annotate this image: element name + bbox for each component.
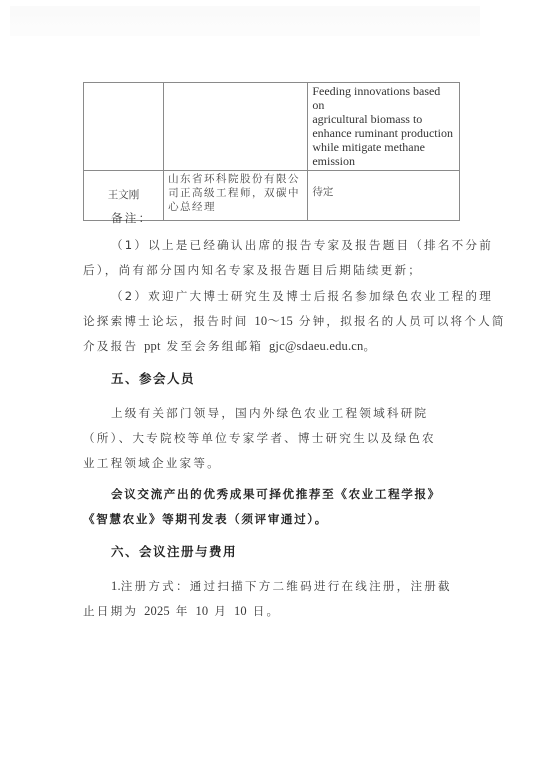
text: 介及报告 bbox=[83, 339, 144, 353]
topic-line: while mitigate methane bbox=[312, 140, 455, 154]
report-time: 10～15 bbox=[254, 314, 293, 328]
deadline-year: 2025 bbox=[144, 604, 170, 618]
section-5-para-line-2: （所）、大专院校等单位专家学者、博士研究生以及绿色农 bbox=[83, 426, 460, 451]
scan-bleed-through bbox=[10, 6, 480, 36]
org-line: 司正高级工程师，双碳中 bbox=[168, 186, 303, 200]
item-number: 1. bbox=[111, 579, 121, 593]
note-1-line-1: （1）以上是已经确认出席的报告专家及报告题目（排名不分前 bbox=[83, 233, 488, 258]
text: 分钟，拟报名的人员可以将个人简 bbox=[293, 314, 506, 328]
note-2-line-2: 论探索博士论坛，报告时间 10～15 分钟，拟报名的人员可以将个人简 bbox=[83, 309, 460, 334]
email-link[interactable]: gjc@sdaeu.edu.cn bbox=[269, 339, 364, 353]
section-6-item-1-line-2: 止日期为 2025 年 10 月 10 日。 bbox=[83, 599, 460, 624]
text: 月 bbox=[208, 604, 234, 618]
note-2-line-1: （2）欢迎广大博士研究生及博士后报名参加绿色农业工程的理 bbox=[83, 284, 488, 309]
section-6-heading: 六、会议注册与费用 bbox=[83, 540, 488, 565]
topic-line: agricultural biomass to bbox=[312, 112, 455, 126]
speaker-name-cell bbox=[84, 83, 164, 171]
ppt-text: ppt bbox=[144, 339, 161, 353]
text: 论探索博士论坛，报告时间 bbox=[83, 314, 254, 328]
notes-label: 备注： bbox=[83, 206, 488, 231]
text: 止日期为 bbox=[83, 604, 144, 618]
text: 年 bbox=[170, 604, 196, 618]
speaker-topic-cell: Feeding innovations based on agricultura… bbox=[308, 83, 460, 171]
text: 日。 bbox=[247, 604, 280, 618]
section-5-para-line-1: 上级有关部门领导，国内外绿色农业工程领域科研院 bbox=[83, 401, 488, 426]
document-page: Feeding innovations based on agricultura… bbox=[0, 0, 542, 768]
note-1-line-2: 后），尚有部分国内知名专家及报告题目后期陆续更新； bbox=[83, 258, 460, 283]
section-5-heading: 五、参会人员 bbox=[83, 367, 488, 392]
text: 发至会务组邮箱 bbox=[161, 339, 269, 353]
speakers-table: Feeding innovations based on agricultura… bbox=[83, 82, 460, 221]
note-2-line-3: 介及报告 ppt 发至会务组邮箱 gjc@sdaeu.edu.cn。 bbox=[83, 334, 460, 359]
org-line: 山东省环科院股份有限公 bbox=[168, 172, 303, 186]
text: 注册方式：通过扫描下方二维码进行在线注册，注册截 bbox=[121, 579, 452, 593]
section-6-item-1-line-1: 1.注册方式：通过扫描下方二维码进行在线注册，注册截 bbox=[83, 574, 488, 599]
section-5-para-line-3: 业工程领域企业家等。 bbox=[83, 451, 460, 476]
topic-line: Feeding innovations based on bbox=[312, 84, 455, 112]
speaker-org-cell bbox=[164, 83, 308, 171]
text: 。 bbox=[364, 339, 378, 353]
topic-line: emission bbox=[312, 154, 455, 168]
topic-line: enhance ruminant production bbox=[312, 126, 455, 140]
section-5-bold-line-1: 会议交流产出的优秀成果可择优推荐至《农业工程学报》 bbox=[83, 482, 488, 507]
deadline-day: 10 bbox=[234, 604, 247, 618]
section-5-bold-line-2: 《智慧农业》等期刊发表（须评审通过）。 bbox=[83, 507, 460, 532]
table-row: Feeding innovations based on agricultura… bbox=[84, 83, 460, 171]
deadline-month: 10 bbox=[195, 604, 208, 618]
